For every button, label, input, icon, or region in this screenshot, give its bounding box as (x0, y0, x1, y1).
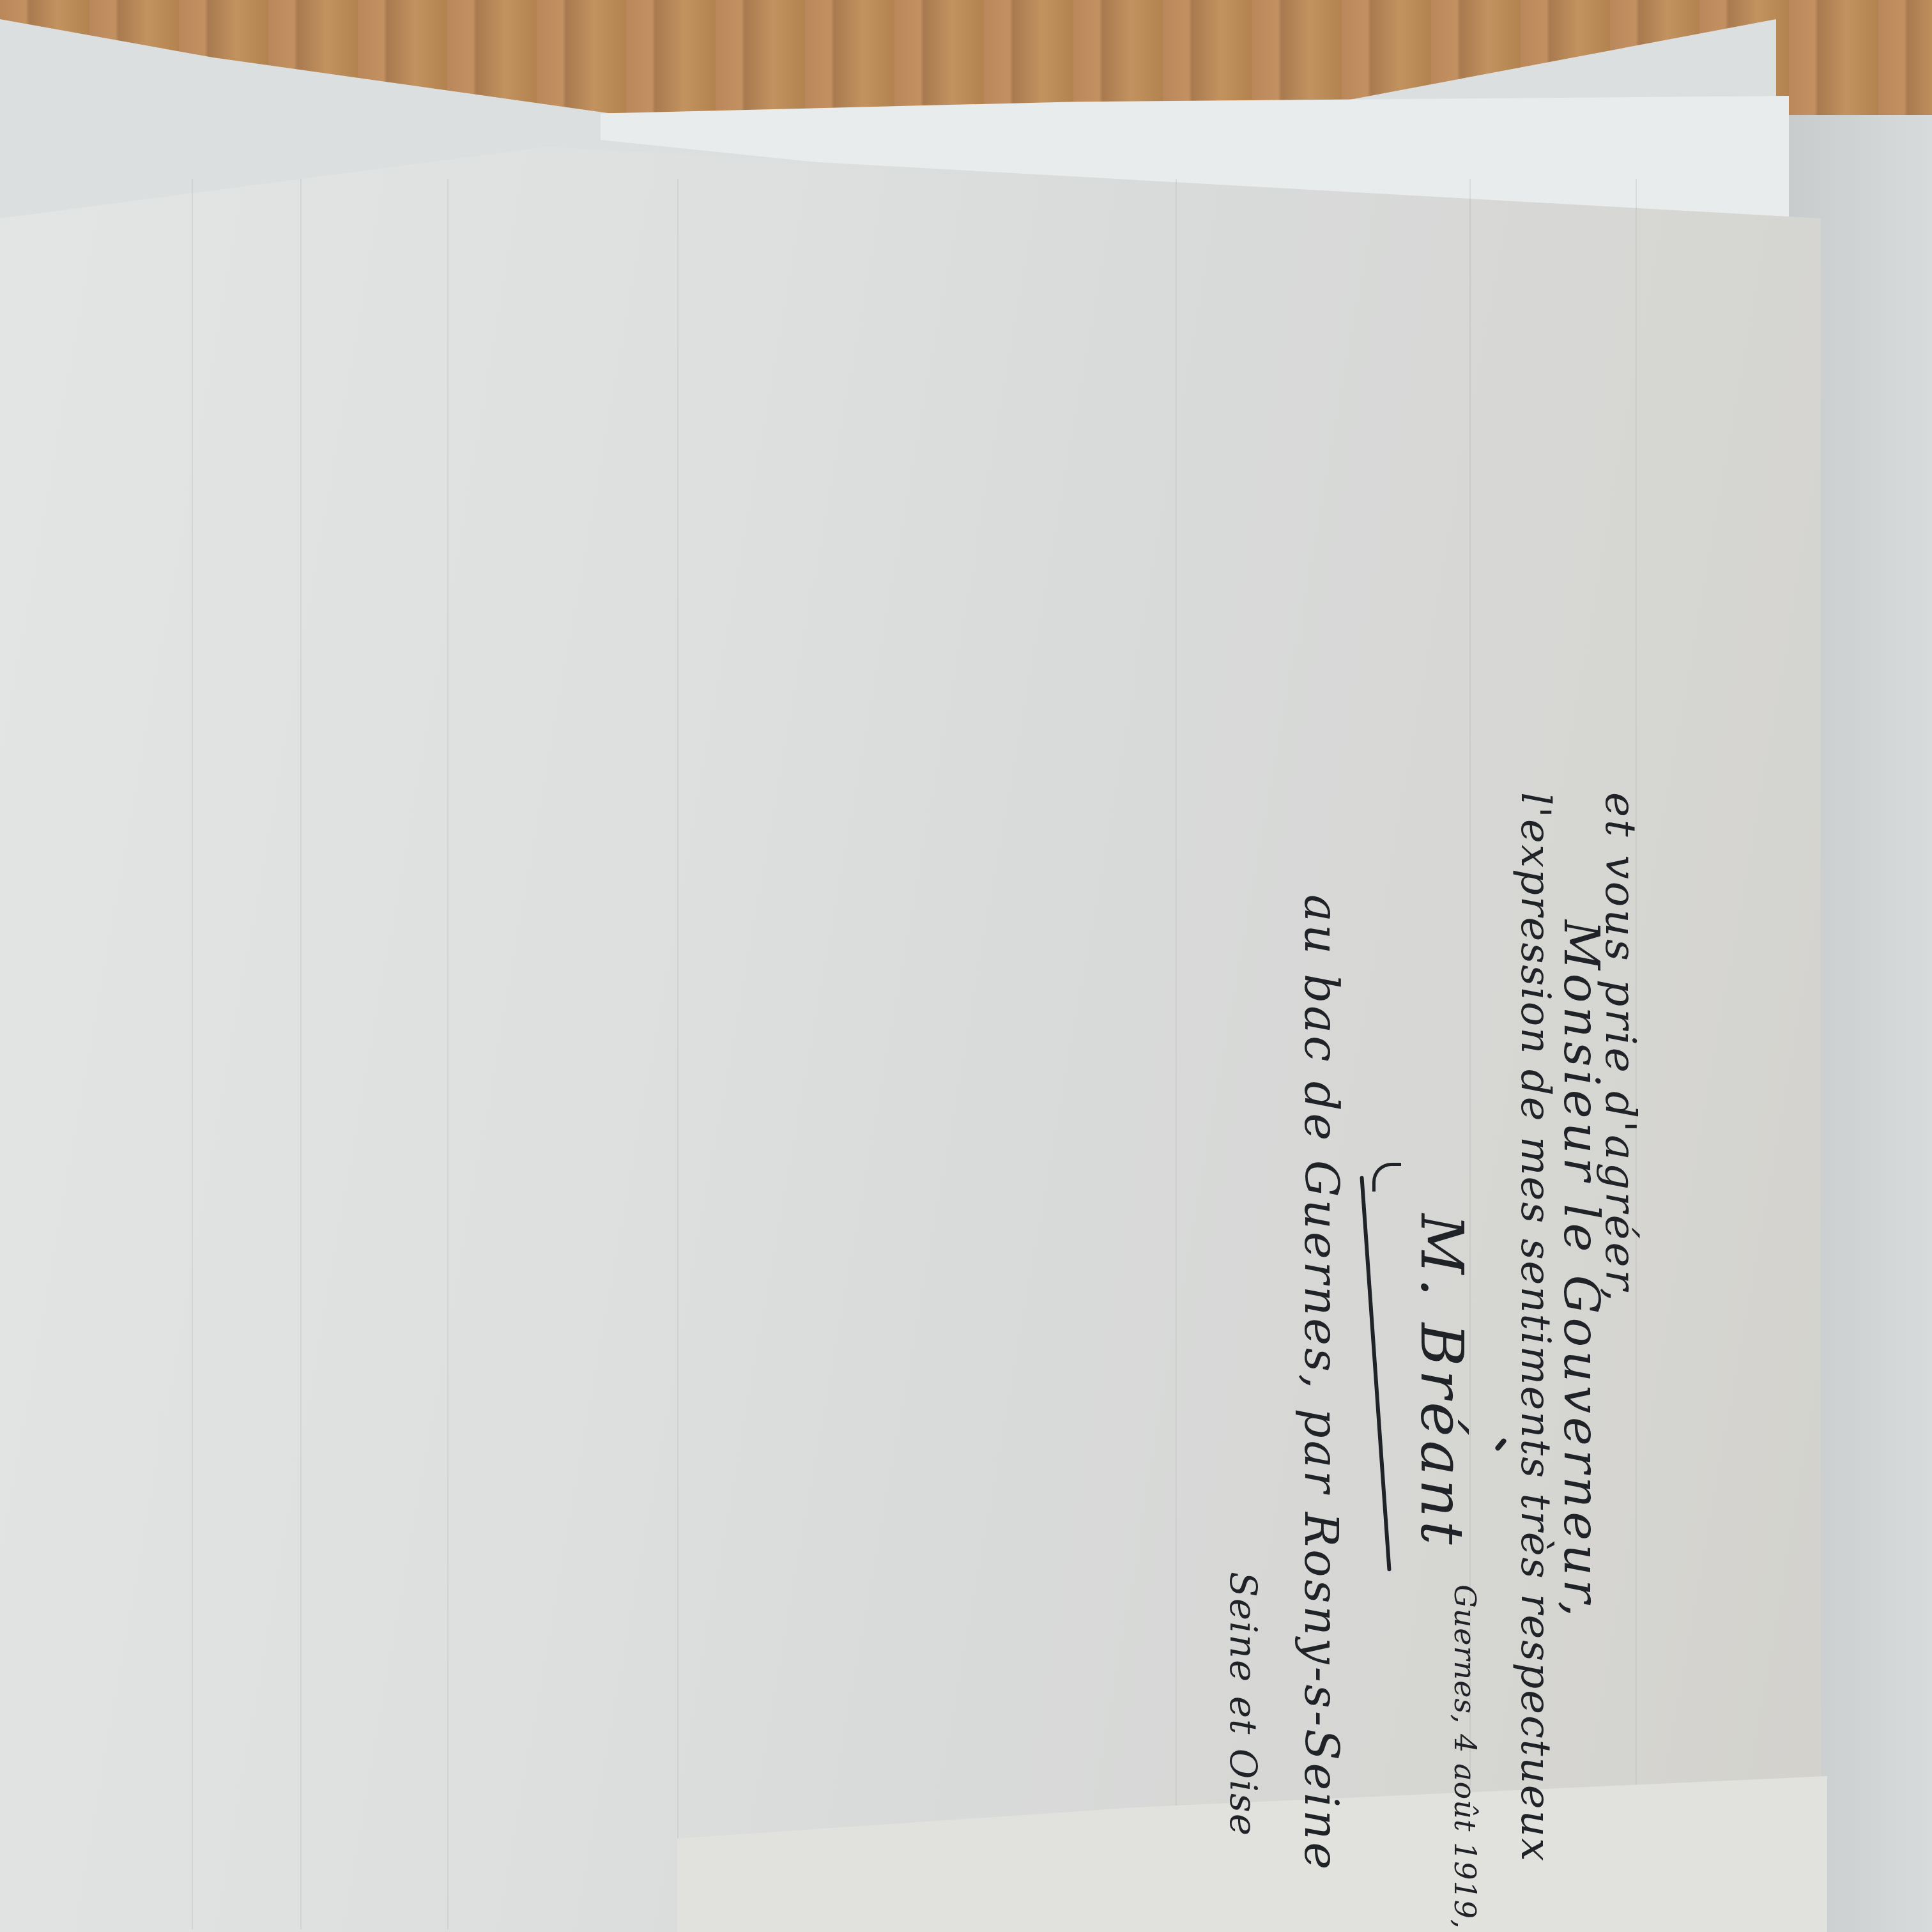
signature-flourish (1372, 1163, 1401, 1192)
signature-underline (1360, 1176, 1391, 1572)
place-date: Guernes, 4 août 1919, (1448, 1584, 1482, 1929)
address-line-2: Seine et Oise (1222, 1572, 1265, 1837)
salutation-line: Monsieur le Gouverneur, (1553, 920, 1610, 1620)
closing-line-2: l'expression de mes sentiments très resp… (1512, 792, 1559, 1862)
signature: M. Bréant (1407, 1214, 1476, 1549)
handwriting: et vous prie d'agréer, Monsieur le Gouve… (0, 0, 1932, 1932)
signature-accent (1494, 1437, 1507, 1452)
address-line-1: au bac de Guernes, par Rosny-s-Seine (1294, 894, 1348, 1872)
